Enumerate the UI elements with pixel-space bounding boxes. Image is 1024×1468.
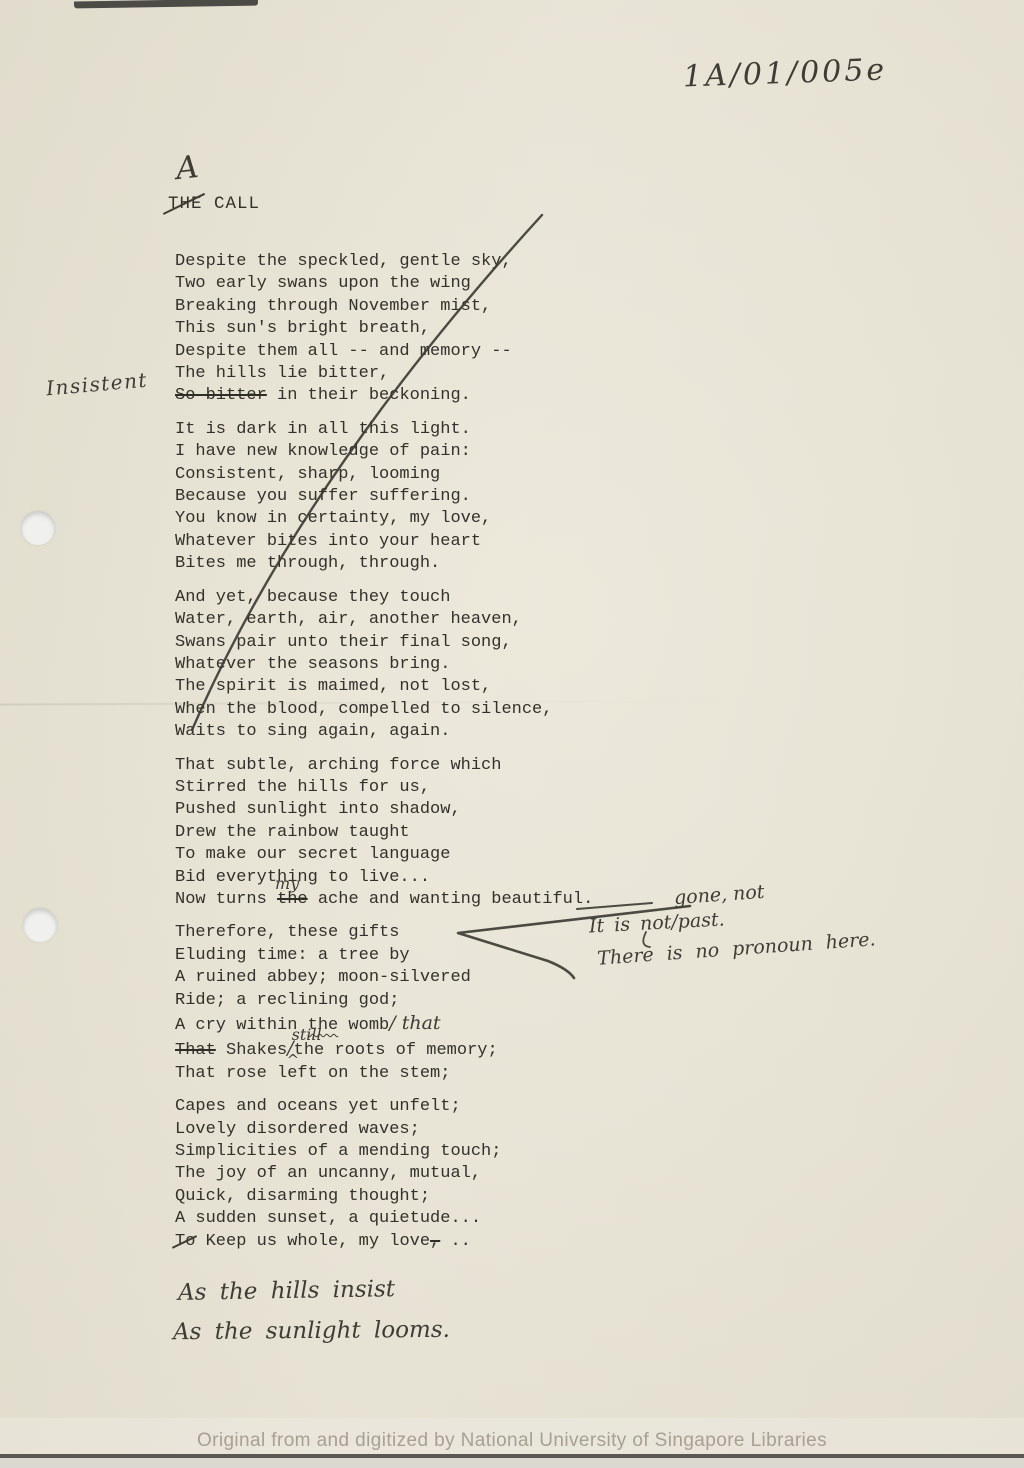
typed-text: Waits to sing again, again.	[175, 722, 450, 741]
typed-text: When the blood, compelled to silence,	[175, 700, 552, 719]
typed-text: That rose left on the stem;	[175, 1064, 450, 1083]
digitization-footer: Original from and digitized by National …	[0, 1430, 1024, 1452]
inline-edit: thestill^	[294, 1040, 325, 1062]
typed-text: A ruined abbey; moon-silvered	[175, 968, 471, 987]
typed-text: Now turns	[175, 890, 277, 909]
poem-stanza: And yet, because they touchWater, earth,…	[175, 587, 775, 744]
poem-stanza: It is dark in all this light.I have new …	[175, 419, 775, 576]
scanned-manuscript-page: 1A/01/005e A THE CALL Insistent Despite …	[0, 0, 1024, 1468]
typed-text: The hills lie bitter,	[175, 364, 389, 383]
typed-text: Swans pair unto their final song,	[175, 633, 512, 652]
typed-text: Breaking through November mist,	[175, 297, 491, 316]
hole-punch	[23, 908, 57, 942]
typed-text: A sudden sunset, a quietude...	[175, 1209, 481, 1228]
scan-top-edge	[74, 0, 258, 8]
poem-line: Because you suffer suffering.	[175, 486, 775, 508]
poem-title: THE CALL	[168, 194, 260, 214]
title-struck-word: THE	[168, 194, 203, 214]
poem-line: Two early swans upon the wing	[175, 273, 775, 295]
typed-text: Ride; a reclining god;	[175, 991, 399, 1010]
poem-line: Pushed sunlight into shadow,	[175, 799, 775, 821]
poem-line: That Shakes/thestill^ roots of memory;	[175, 1037, 775, 1062]
typed-text: To	[175, 1231, 195, 1253]
handwritten-insertion: / that	[389, 1012, 440, 1034]
typed-text: womb	[338, 1016, 389, 1035]
typed-text: It is dark in all this light.	[175, 420, 471, 439]
poem-line: So bitter in their beckoning.	[175, 385, 775, 407]
typed-text: Lovely disordered waves;	[175, 1120, 420, 1139]
typed-text: Bid everything to live...	[175, 868, 430, 887]
title-handwritten-a: A	[174, 149, 200, 187]
typed-text: ..	[440, 1232, 471, 1251]
poem-line: Lovely disordered waves;	[175, 1119, 775, 1141]
reference-number: 1A/01/005e	[682, 52, 887, 94]
poem-line: Waits to sing again, again.	[175, 721, 775, 743]
poem-line: Quick, disarming thought;	[175, 1186, 775, 1208]
typed-text: The spirit is maimed, not lost,	[175, 677, 491, 696]
inline-edit: themy	[277, 889, 308, 911]
poem-line: To Keep us whole, my love, ..	[175, 1231, 775, 1253]
typed-text: Keep us whole, my love	[195, 1232, 430, 1251]
typed-text: A cry within	[175, 1016, 308, 1035]
poem-line: When the blood, compelled to silence,	[175, 699, 775, 721]
typed-text: in their beckoning.	[267, 386, 471, 405]
typed-text: Water, earth, air, another heaven,	[175, 610, 522, 629]
poem-line: Breaking through November mist,	[175, 296, 775, 318]
poem-line: To make our secret language	[175, 844, 775, 866]
poem-line: And yet, because they touch	[175, 587, 775, 609]
typed-text: Despite the speckled, gentle sky,	[175, 252, 512, 271]
poem-line: Stirred the hills for us,	[175, 777, 775, 799]
title-kept-word: CALL	[214, 194, 260, 214]
poem-line: Despite them all -- and memory --	[175, 341, 775, 363]
typed-text: roots of memory;	[324, 1041, 497, 1060]
typed-text: This sun's bright breath,	[175, 319, 430, 338]
typed-text: And yet, because they touch	[175, 588, 450, 607]
typed-text: Consistent, sharp, looming	[175, 465, 440, 484]
typed-text: The joy of an uncanny, mutual,	[175, 1164, 481, 1183]
typed-text: Two early swans upon the wing	[175, 274, 471, 293]
poem-line: The joy of an uncanny, mutual,	[175, 1163, 775, 1185]
typed-text: You know in certainty, my love,	[175, 509, 491, 528]
typed-text: ache and wanting beautiful.	[308, 890, 594, 909]
typed-text: ,	[430, 1232, 440, 1251]
typed-text: Drew the rainbow taught	[175, 823, 410, 842]
handwritten-insertion: my	[275, 873, 299, 895]
closing-handwriting-line2: As the sunlight looms.	[173, 1317, 450, 1345]
typed-text: Whatever bites into your heart	[175, 532, 481, 551]
typed-text: I have new knowledge of pain:	[175, 442, 471, 461]
poem-line: A cry within the womb/ that	[175, 1012, 775, 1037]
scan-background	[0, 1458, 1024, 1468]
poem-line: Bites me through, through.	[175, 553, 775, 575]
poem-line: Water, earth, air, another heaven,	[175, 609, 775, 631]
caret-mark: ^	[287, 1049, 300, 1071]
poem-line: Whatever bites into your heart	[175, 531, 775, 553]
typed-text: Pushed sunlight into shadow,	[175, 800, 461, 819]
typed-text: Whatever the seasons bring.	[175, 655, 450, 674]
poem-stanza: Capes and oceans yet unfelt;Lovely disor…	[175, 1096, 775, 1253]
typed-text: That	[175, 1041, 216, 1060]
typed-text: Capes and oceans yet unfelt;	[175, 1097, 461, 1116]
poem-line: I have new knowledge of pain:	[175, 441, 775, 463]
typed-text: So bitter	[175, 386, 267, 405]
poem-line: Capes and oceans yet unfelt;	[175, 1096, 775, 1118]
poem-line: A sudden sunset, a quietude...	[175, 1208, 775, 1230]
poem-line: Swans pair unto their final song,	[175, 632, 775, 654]
typed-text: Simplicities of a mending touch;	[175, 1142, 501, 1161]
poem-line: Ride; a reclining god;	[175, 990, 775, 1012]
poem-body: Despite the speckled, gentle sky,Two ear…	[175, 251, 775, 1264]
hole-punch	[21, 511, 55, 545]
poem-line: This sun's bright breath,	[175, 318, 775, 340]
typed-text: Quick, disarming thought;	[175, 1187, 430, 1206]
typed-text: Bites me through, through.	[175, 554, 440, 573]
poem-line: That rose left on the stem;	[175, 1063, 775, 1085]
handwritten-insertion: still	[292, 1024, 322, 1046]
poem-line: That subtle, arching force which	[175, 755, 775, 777]
poem-line: Consistent, sharp, looming	[175, 464, 775, 486]
poem-line: The spirit is maimed, not lost,	[175, 676, 775, 698]
poem-line: Simplicities of a mending touch;	[175, 1141, 775, 1163]
poem-line: Whatever the seasons bring.	[175, 654, 775, 676]
margin-note-insistent: Insistent	[45, 368, 149, 401]
typed-text: Stirred the hills for us,	[175, 778, 430, 797]
typed-text: Because you suffer suffering.	[175, 487, 471, 506]
poem-stanza: Despite the speckled, gentle sky,Two ear…	[175, 251, 775, 408]
typed-text: To make our secret language	[175, 845, 450, 864]
typed-text: Therefore, these gifts	[175, 923, 399, 942]
poem-line: It is dark in all this light.	[175, 419, 775, 441]
closing-handwriting-line1: As the hills insist	[178, 1276, 395, 1306]
poem-line: A ruined abbey; moon-silvered	[175, 967, 775, 989]
typed-text: Eluding time: a tree by	[175, 946, 410, 965]
typed-text: Shakes	[216, 1041, 287, 1060]
poem-line: Despite the speckled, gentle sky,	[175, 251, 775, 273]
poem-line: You know in certainty, my love,	[175, 508, 775, 530]
typed-text: Despite them all -- and memory --	[175, 342, 512, 361]
poem-line: The hills lie bitter,	[175, 363, 775, 385]
typed-text: That subtle, arching force which	[175, 756, 501, 775]
poem-line: Drew the rainbow taught	[175, 822, 775, 844]
